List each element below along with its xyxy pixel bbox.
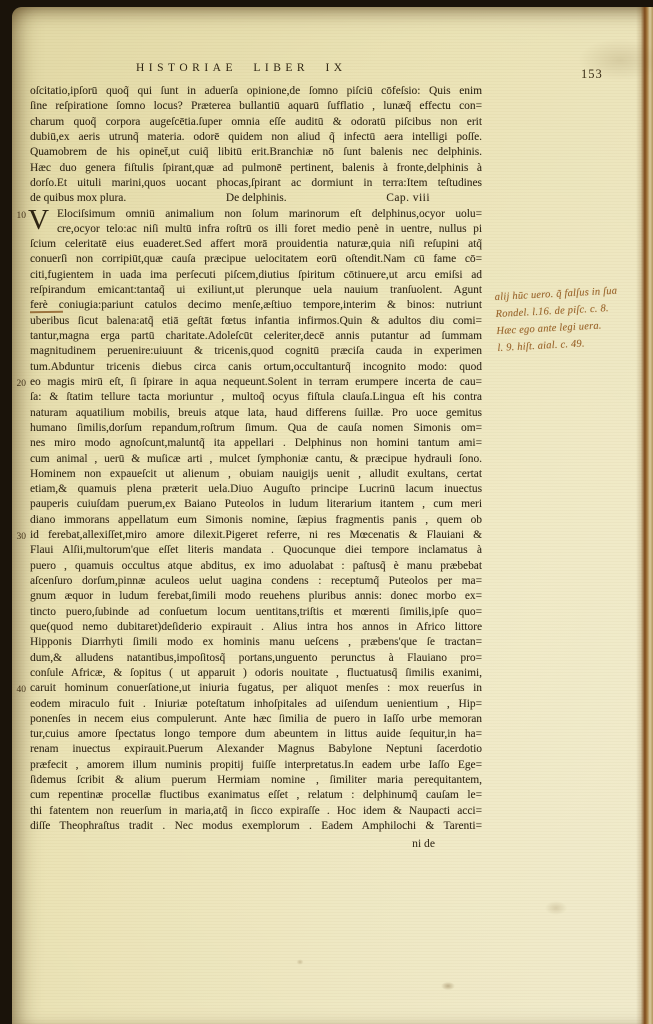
text-line: ſcium celeritatē eius euaderet.Sed affer… <box>30 237 482 252</box>
text-line: Elociſsimum omniū animalium non ſolum ma… <box>30 207 482 222</box>
text-line: dubiū,ex aeris utrunq̃ materia. odorē qu… <box>30 130 482 145</box>
text-line: eo magis mirū eſt, ſi ſpirare in aqua ne… <box>30 375 482 390</box>
text-line: diſſe Theophraſtus tradit . Nec modus ex… <box>30 819 482 834</box>
text-line: tantur,magna erga partū charitate.Adoleſ… <box>30 329 482 344</box>
section-line: de quibus mox plura. De delphinis. Cap. … <box>30 191 482 206</box>
text-line: tum.Abduntur tricenis diebus circa canis… <box>30 360 482 375</box>
text-line: Flaui Alſii,multorum'que eſſet literis m… <box>30 543 482 558</box>
text-line: charum quoq̃ corpora augeſcētia.ſuper om… <box>30 115 482 130</box>
text-line: dorſo.Et uituli marini,quos uocant phoca… <box>30 176 482 191</box>
text-block: oſcitatio,ipſorū quoq̃ qui ſunt in aduer… <box>30 84 482 834</box>
text-line: cum repentinæ procellæ fluctibus exanima… <box>30 788 482 803</box>
text-line: conſule Africæ, & ſopitus ( ut apparuit … <box>30 666 482 681</box>
text-line: reſpirandum emicant:tantaq̃ ui exiliunt,… <box>30 283 482 298</box>
text-line: præfecit , amorem illum numinis propitij… <box>30 758 482 773</box>
text-line: diano immorans appellatum eum Simonis no… <box>30 513 482 528</box>
text-block-intro: oſcitatio,ipſorū quoq̃ qui ſunt in aduer… <box>30 84 482 191</box>
text-line: ponenſes in necem eius compulerunt. Ante… <box>30 712 482 727</box>
text-line: ferè coniugia:pariunt catulos decimo men… <box>30 298 482 313</box>
text-line: eodem miraculo fuit . Iniuriæ poteſtatum… <box>30 697 482 712</box>
text-line: renam inuectus expirauit.Puerum Alexande… <box>30 742 482 757</box>
catchword: ni de <box>360 837 435 850</box>
text-line: Quamobrem de his opinet̄,ut cuiq̃ libitū… <box>30 145 482 160</box>
text-line: etiam,& quamuis plena præterit uela.Diuo… <box>30 482 482 497</box>
line-number-column: 10 20 30 40 <box>8 0 26 1024</box>
text-line: nes miro modo agnoſcunt,maluntq̃ ita app… <box>30 436 482 451</box>
drop-cap-initial: V <box>28 206 49 235</box>
running-header: HISTORIAE LIBER IX <box>136 62 347 74</box>
text-line: puero , quamuis occultus atque abditus, … <box>30 559 482 574</box>
text-line: thi fatentem non reuerſum in maria,atq̃ … <box>30 804 482 819</box>
printed-line-number: 20 <box>17 379 27 389</box>
text-line: pauperis cuiuſdam puerum,ex Baiano Puteo… <box>30 497 482 512</box>
text-line: cum animal , uerū & muſicæ arti , mulcet… <box>30 452 482 467</box>
printed-line-number: 30 <box>17 532 27 542</box>
text-line: uberibus ſicut balena:atq̃ etiā geſtāt f… <box>30 314 482 329</box>
page-edge <box>636 7 653 1024</box>
chapter-number: Cap. viii <box>386 191 430 206</box>
text-line: ſine reſpiratione ſomno locus? Præterea … <box>30 99 482 114</box>
text-line: que(quod nemo dubitaret)deſiderio expira… <box>30 620 482 635</box>
printed-line-number: 10 <box>17 211 27 221</box>
book-photo: HISTORIAE LIBER IX 153 10 20 30 40 oſcit… <box>0 0 653 1024</box>
text-line: naturam aquatilium mobilis, breuis atque… <box>30 406 482 421</box>
text-line: caruit hominum conuerſatione,ut iniuria … <box>30 681 482 696</box>
text-line: cre,ocyor telo:ac niſi multū infra roſtr… <box>30 222 482 237</box>
text-line: aſcenſuro dorſum,pinnæ aculeos uelut uag… <box>30 574 482 589</box>
text-line: Hipponis Diarrhyti ſimili modo ex homini… <box>30 635 482 650</box>
text-line: id ferebat,allexiſſet,miro amore dilexit… <box>30 528 482 543</box>
text-line: dum,& alludens natantibus,impoſitosq̃ po… <box>30 651 482 666</box>
text-line: ſa: & ſtatim tellure tacta moriuntur , m… <box>30 390 482 405</box>
text-line: tur,cuius amore ſpectatus longo tempore … <box>30 727 482 742</box>
printed-line-number: 40 <box>17 685 27 695</box>
handwritten-marginalia: alij hūc uero. q̃ falſus in ſua Rondel. … <box>494 281 651 357</box>
page-number: 153 <box>581 67 603 82</box>
text-line: magnitudinem peruenire:uiuunt & tricenis… <box>30 344 482 359</box>
text-line: ſidemus ſcribit & alium puerum Hermiam n… <box>30 773 482 788</box>
text-line: gnum æquor in ludum ferebat,ſimili modo … <box>30 589 482 604</box>
text-line: citi,fugientem in uada ima perſecuti piſ… <box>30 268 482 283</box>
text-line: humano ſimilis,dorſum repandum,roſtrum ſ… <box>30 421 482 436</box>
text-line: tincto puero,ſubinde ad conſuetum locum … <box>30 605 482 620</box>
text-line: Hæc duo genera fiſtulis ſpirant,quæ ad p… <box>30 161 482 176</box>
text-line: Hominem non expaueſcit ut alienum , obui… <box>30 467 482 482</box>
text-line: conuerſi non corripiūt,quæ cauſa præcipu… <box>30 252 482 267</box>
chapter-heading: De delphinis. <box>226 191 287 206</box>
text-line: oſcitatio,ipſorū quoq̃ qui ſunt in aduer… <box>30 84 482 99</box>
text-block-chapter: V Elociſsimum omniū animalium non ſolum … <box>30 207 482 835</box>
